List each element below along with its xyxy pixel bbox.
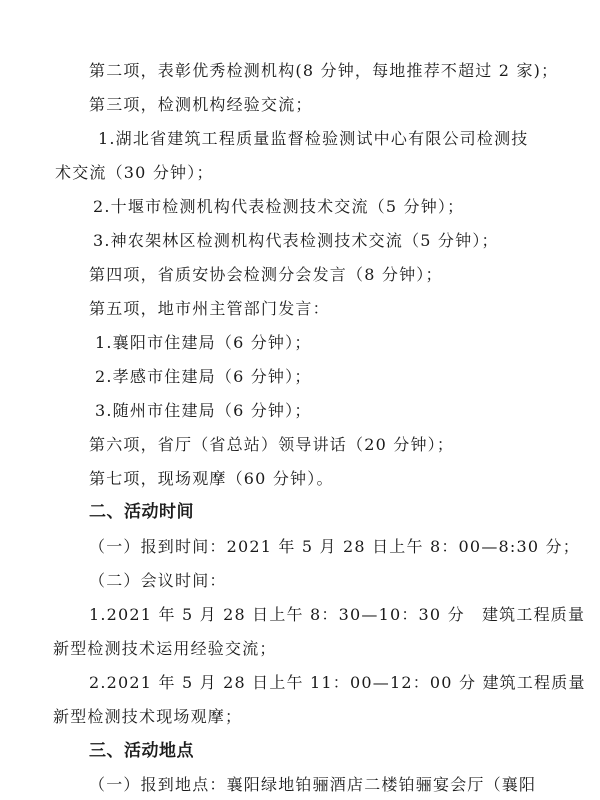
registration-time: （一）报到时间：2021 年 5 月 28 日上午 8：00—8:30 分； (89, 537, 580, 557)
session-1: 1.2021 年 5 月 28 日上午 8：30—10：30 分 建筑工程质量 (89, 605, 585, 625)
registration-place: （一）报到地点：襄阳绿地铂骊酒店二楼铂骊宴会厅（襄阳 (89, 775, 536, 795)
document-page: 第二项，表彰优秀检测机构(8 分钟，每地推荐不超过 2 家)； 第三项，检测机构… (0, 0, 600, 800)
agenda-item-3-sub-1: 1.湖北省建筑工程质量监督检验测试中心有限公司检测技 (98, 129, 528, 149)
agenda-item-3-sub-1-cont: 术交流（30 分钟）； (55, 163, 214, 183)
session-1-cont: 新型检测技术运用经验交流； (53, 639, 277, 659)
agenda-item-3: 第三项，检测机构经验交流； (89, 95, 313, 115)
agenda-item-7: 第七项，现场观摩（60 分钟）。 (89, 469, 334, 489)
agenda-item-5-sub-2: 2.孝感市住建局（6 分钟）； (95, 367, 312, 387)
agenda-item-4: 第四项，省质安协会检测分会发言（8 分钟）； (89, 265, 443, 285)
section-heading-activity-time: 二、活动时间 (89, 502, 194, 522)
agenda-item-5: 第五项，地市州主管部门发言： (89, 299, 330, 319)
session-2: 2.2021 年 5 月 28 日上午 11：00—12：00 分 建筑工程质量 (89, 673, 586, 693)
agenda-item-6: 第六项，省厅（省总站）领导讲话（20 分钟）； (89, 435, 454, 455)
agenda-item-2: 第二项，表彰优秀检测机构(8 分钟，每地推荐不超过 2 家)； (89, 61, 558, 81)
session-2-cont: 新型检测技术现场观摩； (53, 707, 242, 727)
agenda-item-3-sub-2: 2.十堰市检测机构代表检测技术交流（5 分钟）； (93, 197, 464, 217)
agenda-item-3-sub-3: 3.神农架林区检测机构代表检测技术交流（5 分钟）； (93, 231, 499, 251)
agenda-item-5-sub-1: 1.襄阳市住建局（6 分钟）； (95, 333, 312, 353)
agenda-item-5-sub-3: 3.随州市住建局（6 分钟）； (95, 401, 312, 421)
section-heading-activity-location: 三、活动地点 (89, 741, 194, 761)
meeting-time-label: （二）会议时间： (89, 571, 227, 591)
